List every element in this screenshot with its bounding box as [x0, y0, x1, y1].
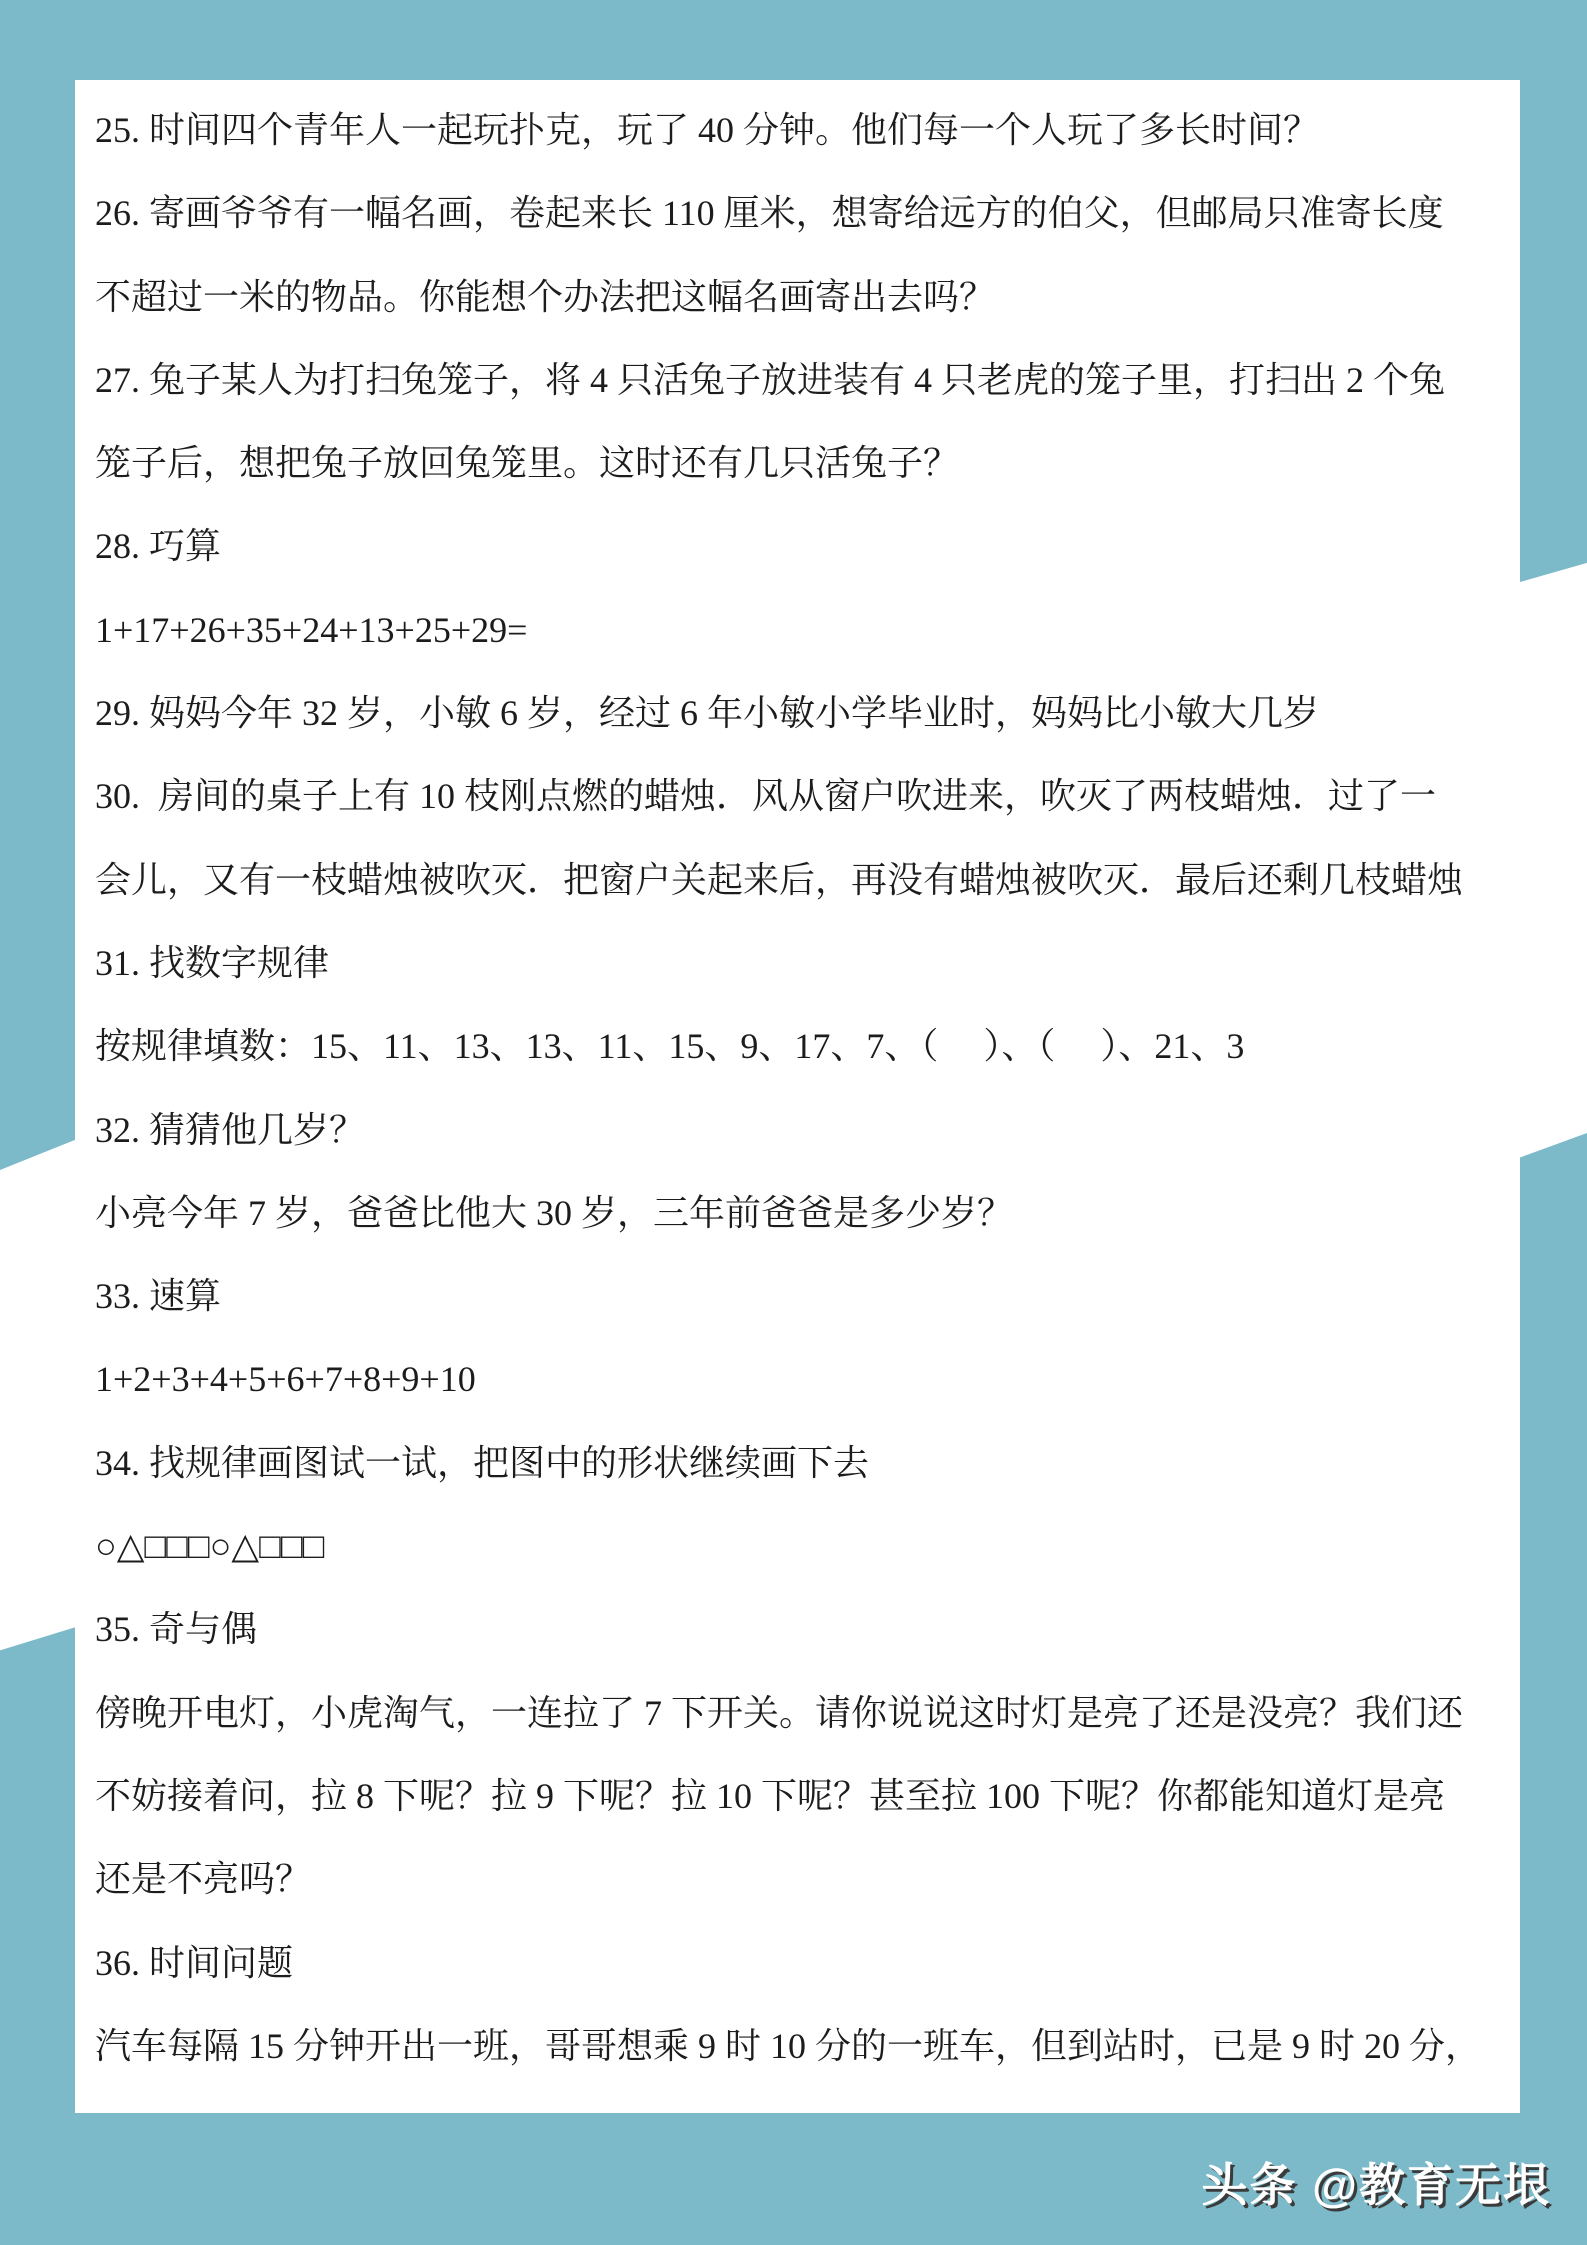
text-line: 36. 时间问题: [95, 1922, 1507, 2005]
text-line: 不超过一米的物品。你能想个办法把这幅名画寄出去吗？: [95, 256, 1507, 339]
text-line: 笼子后，想把兔子放回兔笼里。这时还有几只活兔子？: [95, 422, 1507, 505]
text-line: 25. 时间四个青年人一起玩扑克，玩了 40 分钟。他们每一个人玩了多长时间？: [95, 89, 1507, 172]
text-line: 会儿，又有一枝蜡烛被吹灭．把窗户关起来后，再没有蜡烛被吹灭．最后还剩几枝蜡烛: [95, 839, 1507, 922]
frame-left-lower: [0, 1627, 76, 2113]
text-line: 26. 寄画爷爷有一幅名画，卷起来长 110 厘米，想寄给远方的伯父，但邮局只准…: [95, 172, 1507, 255]
text-line: 按规律填数：15、11、13、13、11、15、9、17、7、（ ）、（ ）、2…: [95, 1005, 1507, 1088]
text-line: 28. 巧算: [95, 505, 1507, 588]
worksheet-page: 25. 时间四个青年人一起玩扑克，玩了 40 分钟。他们每一个人玩了多长时间？2…: [75, 80, 1520, 2113]
text-line: 27. 兔子某人为打扫兔笼子，将 4 只活兔子放进装有 4 只老虎的笼子里，打扫…: [95, 339, 1507, 422]
text-line: 33. 速算: [95, 1255, 1507, 1338]
text-line: 还是不亮吗？: [95, 1838, 1507, 1921]
frame-top: [0, 0, 1587, 80]
frame-right-lower: [1520, 1133, 1587, 2113]
frame-left-upper: [0, 80, 76, 1170]
frame-right-upper: [1520, 80, 1587, 582]
text-line: 傍晚开电灯，小虎淘气，一连拉了 7 下开关。请你说说这时灯是亮了还是没亮？我们还: [95, 1672, 1507, 1755]
text-line: 不妨接着问，拉 8 下呢？拉 9 下呢？拉 10 下呢？甚至拉 100 下呢？你…: [95, 1755, 1507, 1838]
text-line: 32. 猜猜他几岁？: [95, 1089, 1507, 1172]
text-line: 1+2+3+4+5+6+7+8+9+10: [95, 1338, 1507, 1421]
watermark: 头条 @教育无垠: [1201, 2149, 1551, 2215]
text-line: 34. 找规律画图试一试，把图中的形状继续画下去: [95, 1422, 1507, 1505]
text-line: 1+17+26+35+24+13+25+29=: [95, 589, 1507, 672]
text-line: 35. 奇与偶: [95, 1588, 1507, 1671]
text-line: 30. 房间的桌子上有 10 枝刚点燃的蜡烛．风从窗户吹进来，吹灭了两枝蜡烛．过…: [95, 755, 1507, 838]
text-line: 小亮今年 7 岁，爸爸比他大 30 岁，三年前爸爸是多少岁？: [95, 1172, 1507, 1255]
worksheet-text: 25. 时间四个青年人一起玩扑克，玩了 40 分钟。他们每一个人玩了多长时间？2…: [95, 89, 1507, 2088]
text-line: 31. 找数字规律: [95, 922, 1507, 1005]
text-line: ○△□□□○△□□□: [95, 1505, 1507, 1588]
text-line: 29. 妈妈今年 32 岁，小敏 6 岁，经过 6 年小敏小学毕业时，妈妈比小敏…: [95, 672, 1507, 755]
text-line: 汽车每隔 15 分钟开出一班，哥哥想乘 9 时 10 分的一班车，但到站时，已是…: [95, 2005, 1507, 2088]
